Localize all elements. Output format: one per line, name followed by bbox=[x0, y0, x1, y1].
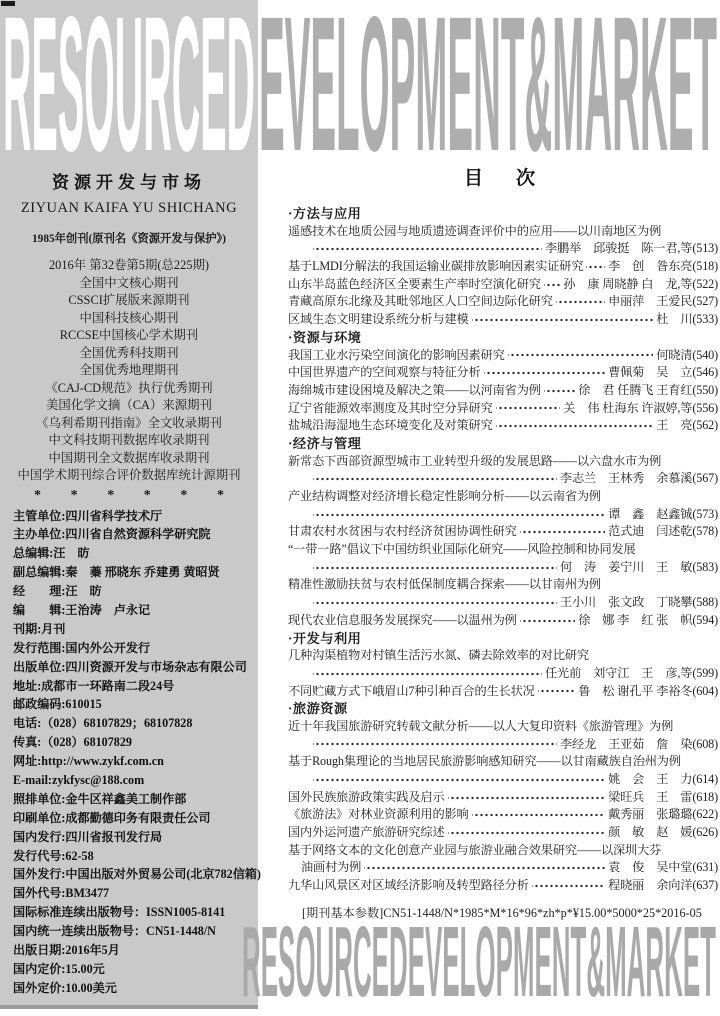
dot-leader bbox=[472, 314, 654, 326]
toc-title: 目 次 bbox=[288, 163, 718, 190]
toc-line: 山东半岛蓝色经济区全要素生产率时空演化研究孙 康 周晓静 白 龙,等(522) bbox=[288, 276, 718, 294]
publication-info-item: 邮政编码:610015 bbox=[13, 695, 258, 714]
toc-entry-title: 不同贮藏方式下峨眉山7种引种百合的生长状况 bbox=[288, 683, 535, 701]
toc-entry-authors-page: 关 伟 杜海东 许淑婷,等(556) bbox=[563, 400, 718, 418]
toc-entry-title: 国内外运河遗产旅游研究综述 bbox=[288, 824, 445, 842]
toc-entry-title: 《旅游法》对林业资源利用的影响 bbox=[288, 806, 469, 824]
toc-line: 现代农业信息服务发展探究——以温州为例徐 娜 李 红 张 帜(594) bbox=[288, 612, 718, 630]
footer-banner-text: RESOURCEDEVELOPMENT&MARKET bbox=[242, 924, 716, 1002]
toc-entry-authors-page: 李 创 昝东亮(518) bbox=[608, 258, 718, 276]
toc-entry-title: 基于Rough集理论的当地居民旅游影响感知研究——以甘南藏族自治州为例 bbox=[288, 753, 681, 771]
toc-entry-title: 新常态下西部资源型城市工业转型升级的发展思路——以六盘水市为例 bbox=[288, 453, 661, 471]
toc-line: 九华山风景区对区域经济影响及转型路径分析程晓丽 余向洋(637) bbox=[288, 877, 718, 895]
toc-entry-title: ·经济与管理 bbox=[288, 435, 361, 453]
dot-leader bbox=[520, 526, 605, 538]
toc-line: ·经济与管理 bbox=[288, 435, 718, 453]
dot-leader bbox=[448, 792, 606, 804]
honor-item: 中文科技期刊数据库收录期刊 bbox=[0, 432, 258, 450]
honor-item: 中国科技核心期刊 bbox=[0, 310, 258, 328]
masthead-banner-left: RESOURCED bbox=[0, 0, 258, 156]
toc-line: ·资源与环境 bbox=[288, 329, 718, 347]
toc-entry-title: 海绵城市建设困境及解决之策——以河南省为例 bbox=[288, 382, 541, 400]
toc-entry-authors-page: 徐 娜 李 红 张 帜(594) bbox=[578, 612, 718, 630]
toc-line: 李志兰 王林秀 余慕溪(567) bbox=[288, 470, 718, 488]
publication-info-item: 地址:成都市一环路南二段24号 bbox=[13, 677, 258, 696]
publication-info-item: 国内统一连续出版物号：CN51-1448/N bbox=[13, 922, 258, 941]
toc-entry-title: 辽宁省能源效率测度及其时空分异研究 bbox=[288, 400, 493, 418]
dot-leader bbox=[448, 827, 606, 839]
toc-line: 李经龙 王亚茹 詹 染(608) bbox=[288, 736, 718, 754]
toc-entry-authors-page: 程晓丽 余向洋(637) bbox=[608, 877, 718, 895]
toc-line: 海绵城市建设困境及解决之策——以河南省为例徐 君 任腾飞 王育红(550) bbox=[288, 382, 718, 400]
toc-line: 辽宁省能源效率测度及其时空分异研究关 伟 杜海东 许淑婷,等(556) bbox=[288, 400, 718, 418]
publication-info-list: 主管单位:四川省科学技术厅主办单位:四川省自然资源科学研究院总编辑:汪 昉副总编… bbox=[13, 507, 258, 998]
toc-entry-title: ·资源与环境 bbox=[288, 329, 361, 347]
toc-entry-title: 盐城沿海湿地生态环境变化及对策研究 bbox=[288, 417, 493, 435]
toc-entry-title: 区域生态文明建设系统分析与建模 bbox=[288, 311, 469, 329]
dot-leader bbox=[313, 668, 542, 680]
sidebar-bottom-edge bbox=[0, 1005, 258, 1009]
publication-info-item: 国内定价:15.00元 bbox=[13, 960, 258, 979]
toc-entry-title: 精准性激励扶贫与农村低保制度耦合探索——以甘南州为例 bbox=[288, 576, 601, 594]
dot-leader bbox=[586, 261, 605, 273]
publication-info-item: 电话:（028）68107829；68107828 bbox=[13, 714, 258, 733]
masthead-banner-right: EVELOPMENT&MARKET bbox=[258, 0, 720, 156]
toc-entry-title: 近十年我国旅游研究转载文献分析——以人大复印资料《旅游管理》为例 bbox=[288, 718, 673, 736]
publication-info-item: 国外定价:10.00美元 bbox=[13, 979, 258, 998]
dot-leader bbox=[544, 385, 575, 397]
toc-entry-title: 现代农业信息服务发展探究——以温州为例 bbox=[288, 612, 517, 630]
toc-entry-title: “一带一路”倡议下中国纺织业国际化研究——风险控制和协同发展 bbox=[288, 541, 636, 559]
toc-line: ·旅游资源 bbox=[288, 700, 718, 718]
journal-founded-line: 1985年创刊(原刊名《资源开发与保护》) bbox=[0, 230, 258, 246]
toc-line: 何 涛 姜宁川 王 敏(583) bbox=[288, 559, 718, 577]
toc-entry-authors-page: 何 涛 姜宁川 王 敏(583) bbox=[560, 559, 718, 577]
toc-entry-title: 山东半岛蓝色经济区全要素生产率时空演化研究 bbox=[288, 276, 541, 294]
toc-line: 李鹏举 邱骏挺 陈一君,等(513) bbox=[288, 240, 718, 258]
toc-line: 国内外运河遗产旅游研究综述颜 敏 赵 媛(626) bbox=[288, 824, 718, 842]
dot-leader bbox=[556, 296, 605, 308]
publication-info-item: 国外代号:BM3477 bbox=[13, 884, 258, 903]
publication-info-item: 国内发行:四川省报刊发行局 bbox=[13, 828, 258, 847]
dot-leader bbox=[532, 880, 605, 892]
toc-entry-title: 我国工业水污染空间演化的影响因素研究 bbox=[288, 347, 505, 365]
publication-info-item: 刊期:月刊 bbox=[13, 620, 258, 639]
toc-line: 油画村为例袁 俊 吴中堂(631) bbox=[288, 859, 718, 877]
toc-entry-title: 遥感技术在地质公园与地质遗迹调查评价中的应用——以川南地区为例 bbox=[288, 223, 661, 241]
star-glyph: * bbox=[144, 488, 151, 504]
toc-entry-authors-page: 王 亮(562) bbox=[656, 417, 718, 435]
toc-entry-title: ·开发与利用 bbox=[288, 630, 361, 648]
toc-entry-title: 国外民族旅游政策实践及启示 bbox=[288, 789, 445, 807]
toc-line: 姚 会 王 力(614) bbox=[288, 771, 718, 789]
dot-leader bbox=[313, 243, 542, 255]
toc-line: 区域生态文明建设系统分析与建模杜 川(533) bbox=[288, 311, 718, 329]
publication-info-item: 经 理:汪 昉 bbox=[13, 582, 258, 601]
toc-entry-title: 九华山风景区对区域经济影响及转型路径分析 bbox=[288, 877, 529, 895]
honor-item: 全国优秀科技期刊 bbox=[0, 345, 258, 363]
toc-entry-authors-page: 任光前 刘守江 王 彦,等(599) bbox=[545, 665, 718, 683]
toc-line: 《旅游法》对林业资源利用的影响戴秀丽 张璐璐(622) bbox=[288, 806, 718, 824]
star-glyph: * bbox=[217, 488, 224, 504]
toc-line: “一带一路”倡议下中国纺织业国际化研究——风险控制和协同发展 bbox=[288, 541, 718, 559]
honor-item: CSSCI扩展版来源期刊 bbox=[0, 292, 258, 310]
toc-line: 近十年我国旅游研究转载文献分析——以人大复印资料《旅游管理》为例 bbox=[288, 718, 718, 736]
star-separator: ****** bbox=[34, 488, 224, 504]
toc-line: 我国工业水污染空间演化的影响因素研究何晓清(540) bbox=[288, 347, 718, 365]
table-of-contents: 目 次 ·方法与应用 遥感技术在地质公园与地质遗迹调查评价中的应用——以川南地区… bbox=[288, 163, 718, 921]
toc-entry-authors-page: 徐 君 任腾飞 王育红(550) bbox=[578, 382, 718, 400]
honor-item: 中国期刊全文数据库收录期刊 bbox=[0, 450, 258, 468]
toc-entry-title: 基于LMDI分解法的我国运输业碳排放影响因素实证研究 bbox=[288, 258, 583, 276]
toc-entry-title: 几种沟渠植物对村镇生活污水氮、磷去除效率的对比研究 bbox=[288, 647, 589, 665]
toc-entry-authors-page: 孙 康 周晓静 白 龙,等(522) bbox=[563, 276, 718, 294]
toc-line: 遥感技术在地质公园与地质遗迹调查评价中的应用——以川南地区为例 bbox=[288, 223, 718, 241]
toc-entry-authors-page: 颜 敏 赵 媛(626) bbox=[608, 824, 718, 842]
honor-item: 全国中文核心期刊 bbox=[0, 275, 258, 293]
publication-info-item: 主办单位:四川省自然资源科学研究院 bbox=[13, 525, 258, 544]
journal-title-pinyin: ZIYUAN KAIFA YU SHICHANG bbox=[0, 200, 258, 217]
publication-info-item: 副总编辑:秦 蓁 邢晓东 乔建勇 黄昭贤 bbox=[13, 563, 258, 582]
publication-info-item: 传真:（028）68107829 bbox=[13, 733, 258, 752]
dot-leader bbox=[496, 402, 561, 414]
publication-info-item: 出版日期:2016年5月 bbox=[13, 941, 258, 960]
footer-banner: RESOURCEDEVELOPMENT&MARKET bbox=[240, 924, 720, 1002]
toc-line: 产业结构调整对经济增长稳定性影响分析——以云南省为例 bbox=[288, 488, 718, 506]
toc-entry-title: 青藏高原东北缘及其毗邻地区人口空间边际化研究 bbox=[288, 293, 553, 311]
dot-leader bbox=[364, 862, 605, 874]
dot-leader bbox=[313, 509, 605, 521]
star-glyph: * bbox=[180, 488, 187, 504]
toc-line: ·开发与利用 bbox=[288, 630, 718, 648]
honor-item: 美国化学文摘（CA）来源期刊 bbox=[0, 397, 258, 415]
publication-info-item: E-mail:zykfysc@188.com bbox=[13, 771, 258, 790]
honor-item: RCCSE中国核心学术期刊 bbox=[0, 327, 258, 345]
toc-entry-authors-page: 谭 鑫 赵鑫铖(573) bbox=[608, 506, 718, 524]
publication-info-item: 编 辑:王治涛 卢永记 bbox=[13, 601, 258, 620]
toc-entry-authors-page: 范式迪 闫述乾(578) bbox=[608, 523, 718, 541]
toc-line: 谭 鑫 赵鑫铖(573) bbox=[288, 506, 718, 524]
dot-leader bbox=[496, 420, 654, 432]
toc-entry-authors-page: 李志兰 王林秀 余慕溪(567) bbox=[560, 470, 718, 488]
toc-lines: ·方法与应用 遥感技术在地质公园与地质遗迹调查评价中的应用——以川南地区为例 李… bbox=[288, 205, 718, 895]
masthead-text-development-market: EVELOPMENT&MARKET bbox=[259, 0, 717, 156]
toc-line: 王小川 张文政 丁晓攀(588) bbox=[288, 594, 718, 612]
dot-leader bbox=[520, 615, 576, 627]
toc-line: 精准性激励扶贫与农村低保制度耦合探索——以甘南州为例 bbox=[288, 576, 718, 594]
toc-line: 基于LMDI分解法的我国运输业碳排放影响因素实证研究李 创 昝东亮(518) bbox=[288, 258, 718, 276]
toc-line: ·方法与应用 bbox=[288, 205, 718, 223]
dot-leader bbox=[544, 279, 560, 291]
toc-line: 甘肃农村水贫困与农村经济贫困协调性研究范式迪 闫述乾(578) bbox=[288, 523, 718, 541]
honor-item: 全国优秀地理期刊 bbox=[0, 362, 258, 380]
toc-line: 中国世界遗产的空间观察与特征分析曹佩菊 吴 立(546) bbox=[288, 364, 718, 382]
star-glyph: * bbox=[107, 488, 114, 504]
toc-line: 青藏高原东北缘及其毗邻地区人口空间边际化研究申丽萍 王爱民(527) bbox=[288, 293, 718, 311]
toc-entry-authors-page: 戴秀丽 张璐璐(622) bbox=[608, 806, 718, 824]
publication-info-item: 网址:http://www.zykf.com.cn bbox=[13, 752, 258, 771]
journal-parameters-line: [期刊基本参数]CN51-1448/N*1985*M*16*96*zh*p*¥1… bbox=[288, 904, 718, 921]
honor-item: 《乌利希期刊指南》全文收录期刊 bbox=[0, 415, 258, 433]
publication-info-item: 出版单位:四川资源开发与市场杂志有限公司 bbox=[13, 658, 258, 677]
toc-entry-title: 产业结构调整对经济增长稳定性影响分析——以云南省为例 bbox=[288, 488, 601, 506]
toc-entry-authors-page: 王小川 张文政 丁晓攀(588) bbox=[560, 594, 718, 612]
dot-leader bbox=[538, 685, 576, 697]
toc-entry-authors-page: 梁旺兵 王 雷(618) bbox=[608, 789, 718, 807]
toc-entry-authors-page: 鲁 松 谢孔平 李裕冬(604) bbox=[578, 683, 718, 701]
toc-entry-authors-page: 杜 川(533) bbox=[656, 311, 718, 329]
dot-leader bbox=[313, 774, 605, 786]
honor-item: 中国学术期刊综合评价数据库统计源期刊 bbox=[0, 467, 258, 485]
toc-entry-authors-page: 姚 会 王 力(614) bbox=[608, 771, 718, 789]
masthead-text-resourced: RESOURCED bbox=[3, 0, 255, 156]
toc-line: 盐城沿海湿地生态环境变化及对策研究王 亮(562) bbox=[288, 417, 718, 435]
publication-info-item: 总编辑:汪 昉 bbox=[13, 544, 258, 563]
toc-line: 基于Rough集理论的当地居民旅游影响感知研究——以甘南藏族自治州为例 bbox=[288, 753, 718, 771]
toc-entry-title: 甘肃农村水贫困与农村经济贫困协调性研究 bbox=[288, 523, 517, 541]
publication-info-item: 发行代号:62-58 bbox=[13, 847, 258, 866]
toc-line: 任光前 刘守江 王 彦,等(599) bbox=[288, 665, 718, 683]
dot-leader bbox=[484, 367, 605, 379]
publication-info-item: 照排单位:金牛区祥鑫美工制作部 bbox=[13, 790, 258, 809]
toc-entry-title: ·旅游资源 bbox=[288, 700, 348, 718]
toc-entry-authors-page: 申丽萍 王爱民(527) bbox=[608, 293, 718, 311]
publication-info-item: 印刷单位:成都勤德印务有限责任公司 bbox=[13, 809, 258, 828]
toc-entry-authors-page: 何晓清(540) bbox=[656, 347, 718, 365]
publication-info-item: 主管单位:四川省科学技术厅 bbox=[13, 507, 258, 526]
dot-leader bbox=[313, 738, 557, 750]
star-glyph: * bbox=[71, 488, 78, 504]
publication-info-item: 发行范围:国内外公开发行 bbox=[13, 639, 258, 658]
toc-entry-authors-page: 李经龙 王亚茹 詹 染(608) bbox=[560, 736, 718, 754]
dot-leader bbox=[313, 597, 557, 609]
toc-line: 新常态下西部资源型城市工业转型升级的发展思路——以六盘水市为例 bbox=[288, 453, 718, 471]
toc-line: 基于网络文本的文化创意产业园与旅游业融合效果研究——以深圳大芬 bbox=[288, 842, 718, 860]
honor-list: 全国中文核心期刊CSSCI扩展版来源期刊中国科技核心期刊RCCSE中国核心学术期… bbox=[0, 275, 258, 485]
publication-info-item: 国际标准连续出版物号：ISSN1005-8141 bbox=[13, 903, 258, 922]
toc-entry-authors-page: 曹佩菊 吴 立(546) bbox=[608, 364, 718, 382]
dot-leader bbox=[313, 473, 557, 485]
dot-leader bbox=[472, 809, 606, 821]
journal-issue-line: 2016年 第32卷第5期(总225期) bbox=[0, 257, 258, 275]
dot-leader bbox=[508, 349, 654, 361]
toc-entry-title: 基于网络文本的文化创意产业园与旅游业融合效果研究——以深圳大芬 bbox=[288, 842, 661, 860]
toc-entry-title: ·方法与应用 bbox=[288, 205, 361, 223]
toc-entry-title: 油画村为例 bbox=[288, 859, 361, 877]
sidebar-content: 资源开发与市场 ZIYUAN KAIFA YU SHICHANG 1985年创刊… bbox=[0, 168, 258, 998]
toc-line: 国外民族旅游政策实践及启示梁旺兵 王 雷(618) bbox=[288, 789, 718, 807]
publication-info-item: 国外发行:中国出版对外贸易公司(北京782信箱) bbox=[13, 865, 258, 884]
honor-item: 《CAJ-CD规范》执行优秀期刊 bbox=[0, 380, 258, 398]
star-glyph: * bbox=[34, 488, 41, 504]
toc-line: 不同贮藏方式下峨眉山7种引种百合的生长状况鲁 松 谢孔平 李裕冬(604) bbox=[288, 683, 718, 701]
toc-entry-authors-page: 李鹏举 邱骏挺 陈一君,等(513) bbox=[545, 240, 718, 258]
dot-leader bbox=[313, 562, 557, 574]
toc-entry-title: 中国世界遗产的空间观察与特征分析 bbox=[288, 364, 481, 382]
toc-entry-authors-page: 袁 俊 吴中堂(631) bbox=[608, 859, 718, 877]
toc-line: 几种沟渠植物对村镇生活污水氮、磷去除效率的对比研究 bbox=[288, 647, 718, 665]
journal-title-cn: 资源开发与市场 bbox=[0, 168, 258, 193]
